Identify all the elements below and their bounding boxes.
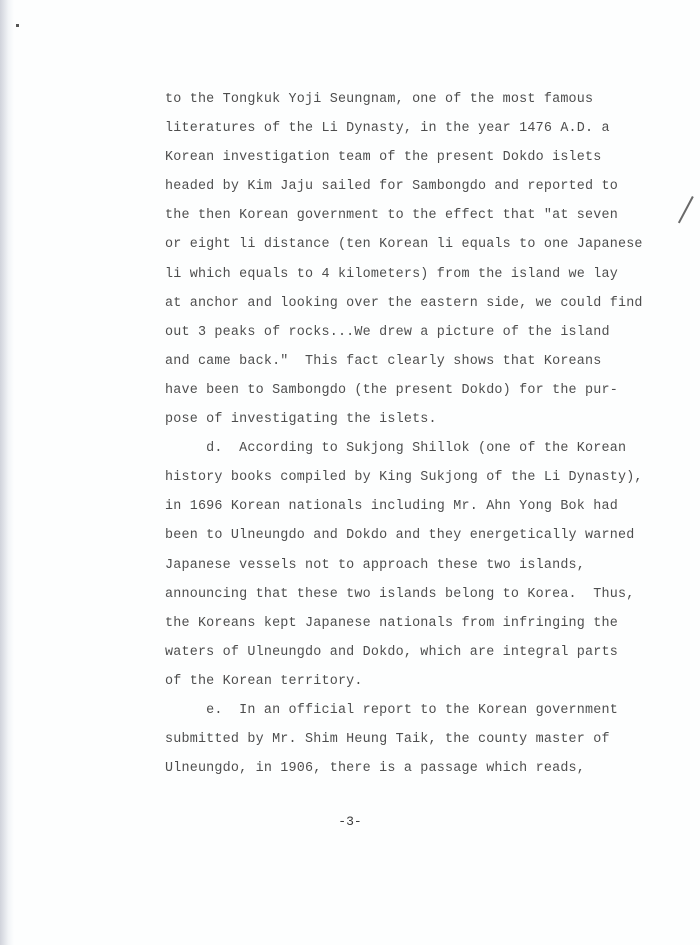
text-line: history books compiled by King Sukjong o… [165, 463, 635, 492]
text-line: and came back." This fact clearly shows … [165, 347, 635, 376]
text-line: the Koreans kept Japanese nationals from… [165, 609, 635, 638]
text-line: li which equals to 4 kilometers) from th… [165, 260, 635, 289]
text-line: literatures of the Li Dynasty, in the ye… [165, 114, 635, 143]
paragraph-d-start: d. According to Sukjong Shillok (one of … [165, 434, 635, 463]
document-page: to the Tongkuk Yoji Seungnam, one of the… [0, 0, 700, 945]
text-line: Korean investigation team of the present… [165, 143, 635, 172]
text-line: have been to Sambongdo (the present Dokd… [165, 376, 635, 405]
text-line: to the Tongkuk Yoji Seungnam, one of the… [165, 85, 635, 114]
text-line: Ulneungdo, in 1906, there is a passage w… [165, 754, 635, 783]
paragraph-e-start: e. In an official report to the Korean g… [165, 696, 635, 725]
text-line: of the Korean territory. [165, 667, 635, 696]
body-text: to the Tongkuk Yoji Seungnam, one of the… [165, 85, 635, 783]
scan-speck [16, 24, 19, 27]
text-line: been to Ulneungdo and Dokdo and they ene… [165, 521, 635, 550]
text-line: or eight li distance (ten Korean li equa… [165, 230, 635, 259]
text-line: announcing that these two islands belong… [165, 580, 635, 609]
text-line: headed by Kim Jaju sailed for Sambongdo … [165, 172, 635, 201]
text-line: in 1696 Korean nationals including Mr. A… [165, 492, 635, 521]
scan-scratch-mark [678, 196, 694, 223]
text-line: at anchor and looking over the eastern s… [165, 289, 635, 318]
text-line: the then Korean government to the effect… [165, 201, 635, 230]
scan-edge-shadow [0, 0, 14, 945]
text-line: waters of Ulneungdo and Dokdo, which are… [165, 638, 635, 667]
text-line: submitted by Mr. Shim Heung Taik, the co… [165, 725, 635, 754]
text-line: pose of investigating the islets. [165, 405, 635, 434]
page-number: -3- [0, 814, 700, 829]
text-line: Japanese vessels not to approach these t… [165, 551, 635, 580]
text-line: out 3 peaks of rocks...We drew a picture… [165, 318, 635, 347]
